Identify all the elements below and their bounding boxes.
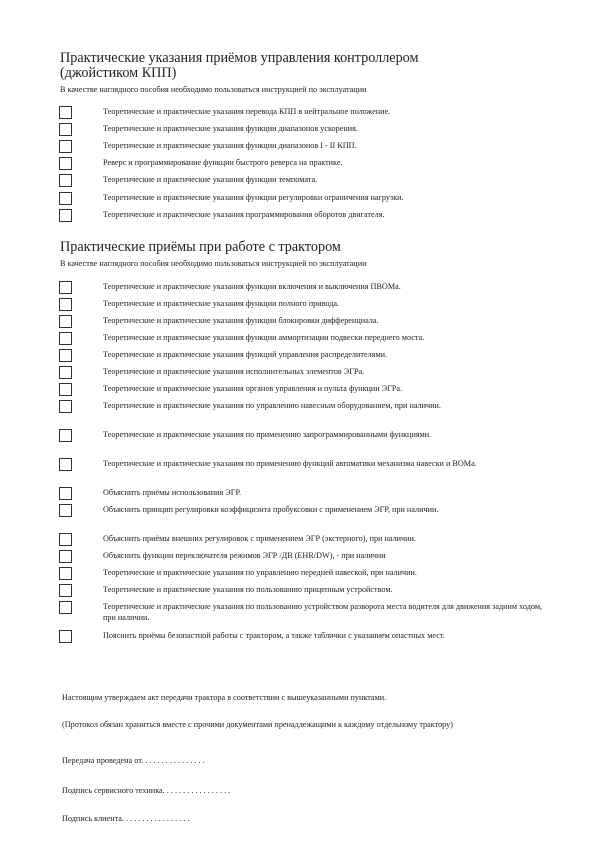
section1-subtitle: В качестве наглядного пособия необходимо… (60, 85, 366, 95)
checklist-item-label: Теоретические и практические указания пе… (103, 107, 553, 118)
checkbox[interactable] (59, 630, 72, 643)
checklist-item-label: Теоретические и практические указания по… (103, 602, 553, 623)
checklist-item-label: Теоретические и практические указания пр… (103, 210, 553, 221)
checklist-item-label: Теоретические и практические указания фу… (103, 316, 553, 327)
checklist-item-label: Пояснить приёмы безопастной работы с тра… (103, 631, 553, 642)
checkbox[interactable] (59, 298, 72, 311)
checkbox[interactable] (59, 315, 72, 328)
checkbox[interactable] (59, 601, 72, 614)
checkbox[interactable] (59, 106, 72, 119)
checklist-item-label: Реверс и программирование функции быстро… (103, 158, 553, 169)
checkbox[interactable] (59, 567, 72, 580)
checkbox[interactable] (59, 332, 72, 345)
checklist-item-label: Теоретические и практические указания по… (103, 568, 553, 579)
checklist-item-label: Объяснить функции переключателя режимов … (103, 551, 553, 562)
section1-title-line2: (джойстиком КПП) (60, 66, 176, 81)
checklist-item-label: Теоретические и практические указания фу… (103, 175, 553, 186)
checklist-item-label: Теоретические и практические указания фу… (103, 193, 553, 204)
checkbox[interactable] (59, 487, 72, 500)
checklist-item-label: Теоретические и практические указания фу… (103, 124, 553, 135)
checkbox[interactable] (59, 584, 72, 597)
technician-signature-field[interactable]: Подпись сервисного техника. . . . . . . … (62, 786, 230, 797)
checkbox[interactable] (59, 400, 72, 413)
checklist-item-label: Теоретические и практические указания по… (103, 430, 553, 441)
checklist-item-label: Теоретические и практические указания по… (103, 401, 553, 412)
checklist-item-label: Теоретические и практические указания ор… (103, 384, 553, 395)
section2-title: Практические приёмы при работе с трактор… (60, 240, 341, 255)
checkbox[interactable] (59, 123, 72, 136)
checklist-item-label: Объяснить принцип регулировки коэффициэн… (103, 505, 553, 516)
checkbox[interactable] (59, 429, 72, 442)
checklist-item-label: Теоретические и практические указания фу… (103, 299, 553, 310)
checklist-item-label: Теоретические и практические указания фу… (103, 350, 553, 361)
checkbox[interactable] (59, 383, 72, 396)
section1-title-line1: Практические указания приёмов управления… (60, 51, 418, 66)
checklist-item-label: Теоретические и практические указания по… (103, 585, 553, 596)
checkbox[interactable] (59, 281, 72, 294)
client-signature-field[interactable]: Подпись клиента. . . . . . . . . . . . .… (62, 814, 189, 825)
checkbox[interactable] (59, 174, 72, 187)
checkbox[interactable] (59, 533, 72, 546)
checklist-item-label: Теоретические и практические указания фу… (103, 282, 553, 293)
protocol-note: (Протокол обязан храниться вместе с проч… (62, 720, 492, 731)
checklist-item-label: Теоретические и практические указания фу… (103, 141, 553, 152)
checklist-item-label: Теоретические и практические указания фу… (103, 333, 553, 344)
section2-subtitle: В качестве наглядного пособия необходимо… (60, 259, 366, 269)
checkbox[interactable] (59, 504, 72, 517)
checklist-item-label: Теоретические и практические указания ис… (103, 367, 553, 378)
handover-date-field[interactable]: Передача проведена от. . . . . . . . . .… (62, 756, 205, 767)
checklist-item-label: Теоретические и практические указания по… (103, 459, 553, 470)
checkbox[interactable] (59, 458, 72, 471)
checkbox[interactable] (59, 157, 72, 170)
checkbox[interactable] (59, 349, 72, 362)
checkbox[interactable] (59, 140, 72, 153)
checkbox[interactable] (59, 192, 72, 205)
checklist-item-label: Объяснить приёмы внешних регулировок с п… (103, 534, 553, 545)
checkbox[interactable] (59, 366, 72, 379)
checklist-item-label: Объяснить приёмы использования ЭГР. (103, 488, 553, 499)
checkbox[interactable] (59, 550, 72, 563)
checkbox[interactable] (59, 209, 72, 222)
handover-statement: Настоящим утверждаем акт передачи тракто… (62, 693, 386, 704)
